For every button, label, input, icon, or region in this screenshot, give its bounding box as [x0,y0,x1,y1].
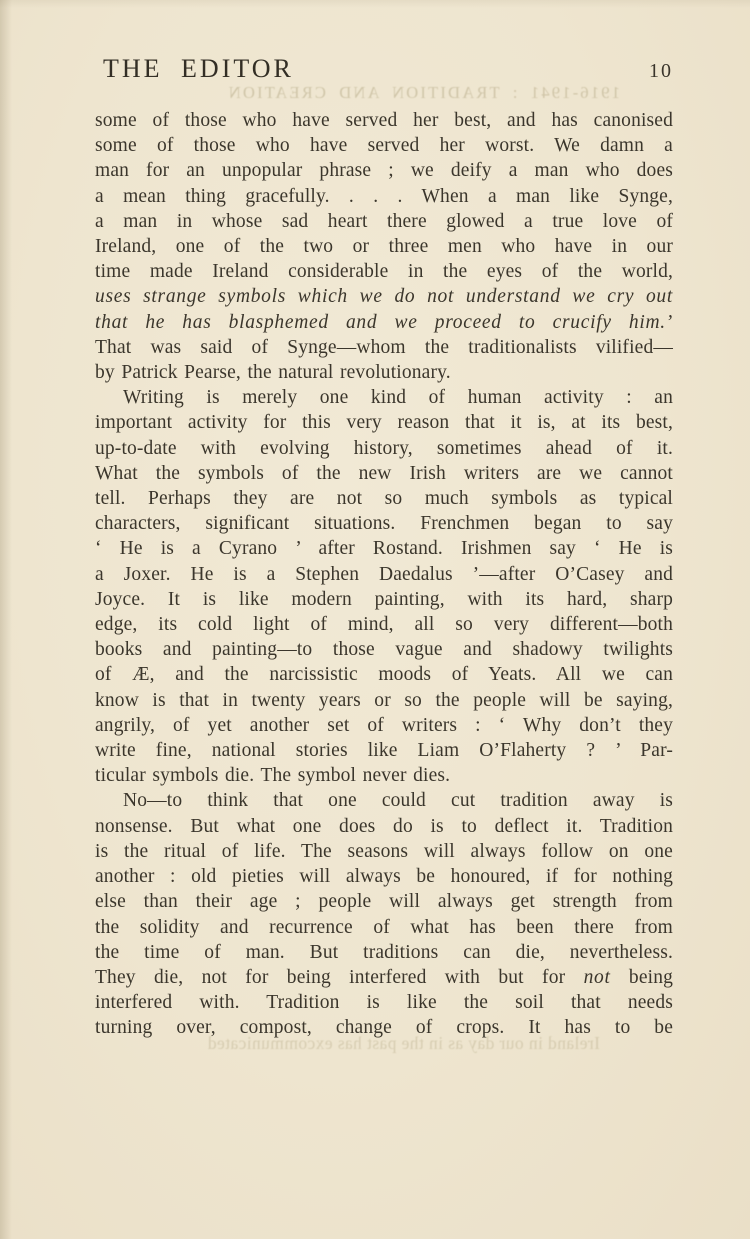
text-line: Writing is merely one kind of human acti… [95,385,673,410]
body-text: time made Ireland considerable in the ey… [95,261,673,282]
text-line: man for an unpopular phrase ; we deify a… [95,158,673,183]
body-text: Joyce. It is like modern painting, with … [95,589,673,610]
italic-text: uses strange symbols which we do not und… [95,286,673,307]
body-text: tell. Perhaps they are not so much symbo… [95,488,673,509]
text-line: by Patrick Pearse, the natural revolutio… [95,360,673,385]
body-text: ‘ He is a Cyrano ’ after Rostand. Irishm… [95,538,673,559]
text-line: uses strange symbols which we do not und… [95,284,673,309]
text-line: some of those who have served her worst.… [95,133,673,158]
text-line: some of those who have served her best, … [95,108,673,133]
body-text: characters, significant situations. Fren… [95,513,673,534]
text-line: write fine, national stories like Liam O… [95,738,673,763]
text-line: edge, its cold light of mind, all so ver… [95,612,673,637]
body-text: of Æ, and the narcissistic moods of Yeat… [95,664,673,685]
body-text: write fine, national stories like Liam O… [95,740,673,761]
text-line: a Joxer. He is a Stephen Daedalus ’—afte… [95,562,673,587]
body-text: important activity for this very reason … [95,412,673,433]
page-number: 10 [649,61,673,81]
text-line: No—to think that one could cut tradition… [95,788,673,813]
body-text: interfered with. Tradition is like the s… [95,992,673,1013]
body-text: man for an unpopular phrase ; we deify a… [95,160,673,181]
body-text: the solidity and recurrence of what has … [95,917,673,938]
body-text: a mean thing gracefully. . . . When a ma… [95,186,673,207]
text-line: ‘ He is a Cyrano ’ after Rostand. Irishm… [95,536,673,561]
text-line: Joyce. It is like modern painting, with … [95,587,673,612]
italic-text: that he has blasphemed and we proceed to… [95,312,673,333]
body-text: edge, its cold light of mind, all so ver… [95,614,673,635]
body-text: Writing is merely one kind of human acti… [123,387,673,408]
body-text: angrily, of yet another set of writers :… [95,715,673,736]
text-line: is the ritual of life. The seasons will … [95,839,673,864]
text-line: They die, not for being interfered with … [95,965,673,990]
body-text: another : old pieties will always be hon… [95,866,673,887]
text-line: that he has blasphemed and we proceed to… [95,310,673,335]
body-text: up-to-date with evolving history, someti… [95,438,673,459]
body-text: They die, not for being interfered with … [95,967,584,988]
body-text: ticular symbols die. The symbol never di… [95,765,450,786]
body-text: That was said of Synge—whom the traditio… [95,337,673,358]
text-line: turning over, compost, change of crops. … [95,1015,673,1040]
body-text: Ireland, one of the two or three men who… [95,236,673,257]
showthrough-header: 1916-1941 : TRADITION AND CREATION [95,83,620,103]
text-line: a mean thing gracefully. . . . When a ma… [95,184,673,209]
body-text: some of those who have served her best, … [95,110,673,131]
text-line: know is that in twenty years or so the p… [95,688,673,713]
body-text: a Joxer. He is a Stephen Daedalus ’—afte… [95,564,673,585]
body-text: by Patrick Pearse, the natural revolutio… [95,362,451,383]
body-text: some of those who have served her worst.… [95,135,673,156]
text-line: up-to-date with evolving history, someti… [95,436,673,461]
page-left-edge-shading [0,0,12,1239]
text-line: the solidity and recurrence of what has … [95,915,673,940]
body-text: books and painting—to those vague and sh… [95,639,673,660]
text-line: else than their age ; people will always… [95,889,673,914]
text-line: important activity for this very reason … [95,410,673,435]
body-text: nonsense. But what one does do is to def… [95,816,673,837]
text-line: tell. Perhaps they are not so much symbo… [95,486,673,511]
body-text: No—to think that one could cut tradition… [123,790,673,811]
text-line: the time of man. But traditions can die,… [95,940,673,965]
paragraph: some of those who have served her best, … [95,108,673,385]
text-line: ticular symbols die. The symbol never di… [95,763,673,788]
text-line: another : old pieties will always be hon… [95,864,673,889]
body-text: a man in whose sad heart there glowed a … [95,211,673,232]
page-top-edge-shading [0,0,750,8]
paragraph: Writing is merely one kind of human acti… [95,385,673,788]
page-header: THE EDITOR 10 [103,56,673,82]
text-block: some of those who have served her best, … [95,108,673,1041]
text-line: That was said of Synge—whom the traditio… [95,335,673,360]
text-line: of Æ, and the narcissistic moods of Yeat… [95,662,673,687]
body-text: know is that in twenty years or so the p… [95,690,673,711]
text-line: books and painting—to those vague and sh… [95,637,673,662]
text-line: time made Ireland considerable in the ey… [95,259,673,284]
text-line: Ireland, one of the two or three men who… [95,234,673,259]
text-line: nonsense. But what one does do is to def… [95,814,673,839]
body-text: is the ritual of life. The seasons will … [95,841,673,862]
body-text: turning over, compost, change of crops. … [95,1017,673,1038]
text-line: angrily, of yet another set of writers :… [95,713,673,738]
body-text: being [611,967,673,988]
body-text: What the symbols of the new Irish writer… [95,463,673,484]
running-title: THE EDITOR [103,56,294,82]
book-page: THE EDITOR 10 1916-1941 : TRADITION AND … [0,0,750,1239]
text-line: What the symbols of the new Irish writer… [95,461,673,486]
paragraph: No—to think that one could cut tradition… [95,788,673,1040]
text-line: interfered with. Tradition is like the s… [95,990,673,1015]
text-line: characters, significant situations. Fren… [95,511,673,536]
body-text: the time of man. But traditions can die,… [95,942,673,963]
body-text: else than their age ; people will always… [95,891,673,912]
text-line: a man in whose sad heart there glowed a … [95,209,673,234]
italic-text: not [584,967,611,988]
